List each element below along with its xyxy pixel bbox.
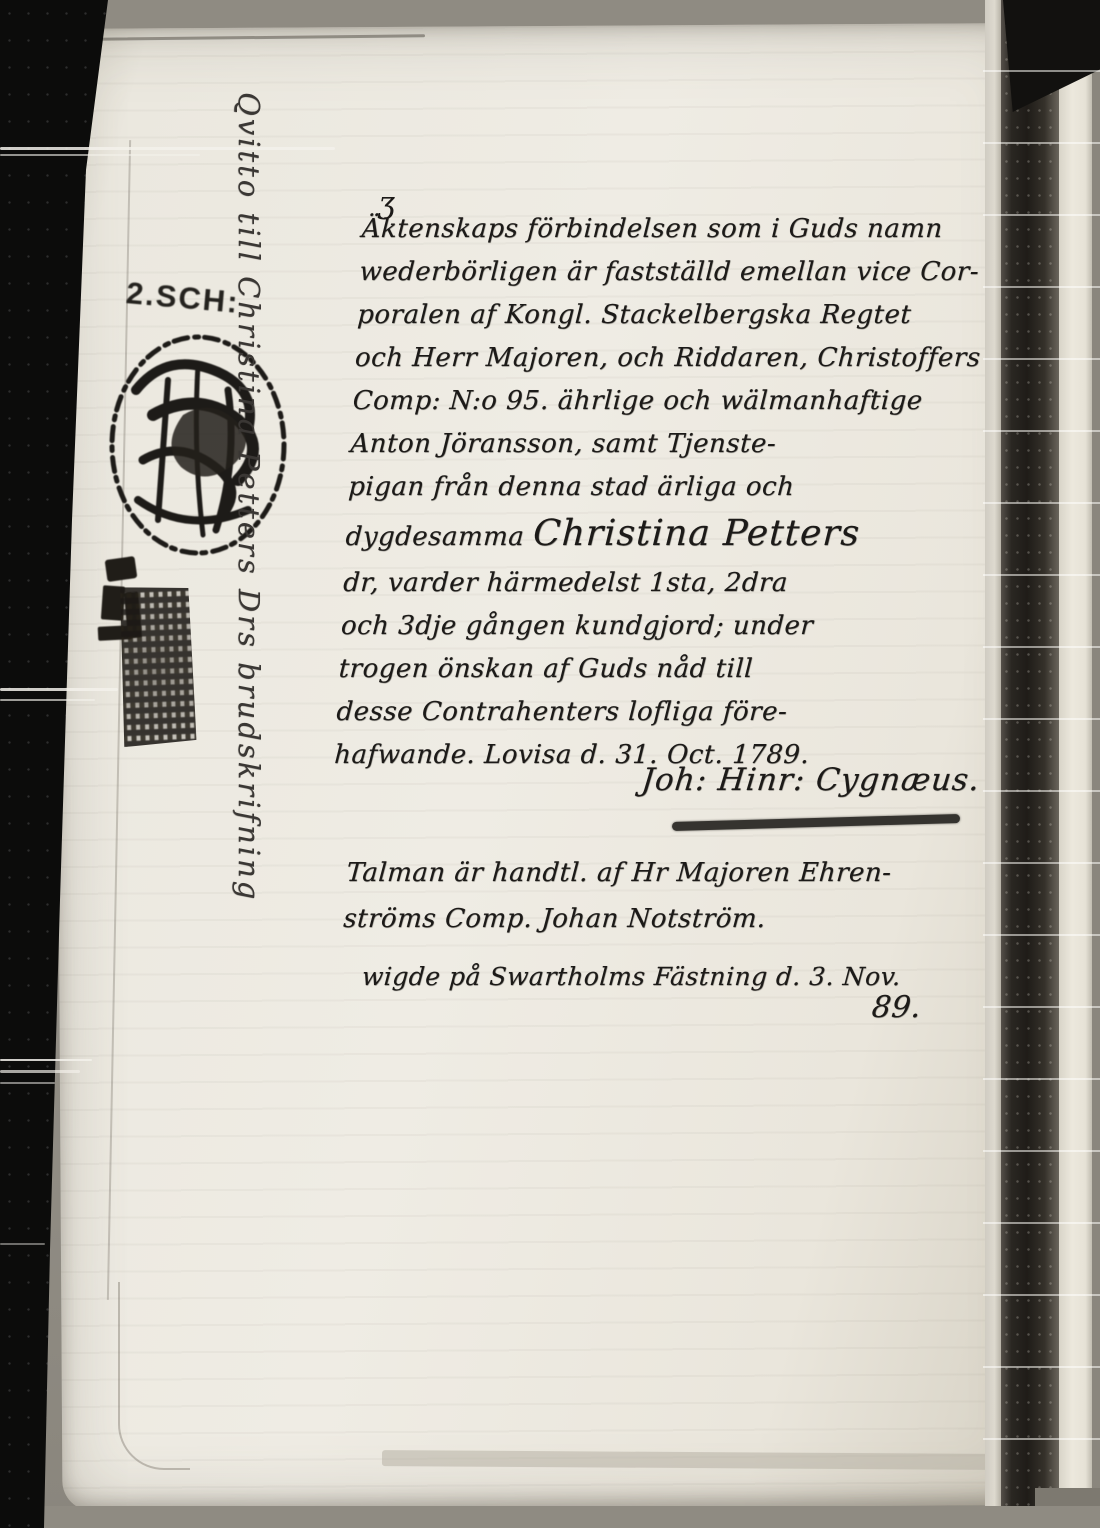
page-edge-stack-light: [1059, 0, 1092, 1528]
scan-bottom-edge: [0, 1506, 1100, 1528]
signature: Joh: Hinr: Cygnæus.: [418, 762, 982, 798]
manuscript-line: Comp: N:o 95. ährlige och wälmanhaftige: [352, 380, 1026, 423]
manuscript-line: poralen af Kongl. Stackelbergska Regtet: [356, 294, 1030, 337]
film-scratch: [0, 688, 118, 691]
manuscript-line: Äktenskaps förbindelsen som i Guds namn: [361, 208, 1035, 251]
manuscript-line: och Herr Majoren, och Riddaren, Christof…: [354, 337, 1028, 380]
film-scratch: [0, 1059, 92, 1061]
manuscript-line: dr, varder härmedelst 1sta, 2dra: [342, 562, 1016, 605]
film-scratch: [0, 1070, 80, 1073]
film-scratch: [0, 154, 200, 156]
manuscript-line: wederbörligen är fastställd emellan vice…: [358, 251, 1032, 294]
manuscript-line: Anton Jöransson, samt Tjenste-: [349, 423, 1023, 466]
archival-scan: 2.SCH: Qvitto till Christina Petters Drs…: [0, 0, 1100, 1528]
manuscript-word: dygdesamma: [345, 522, 534, 552]
margin-note: Qvitto till Christina Petters Drs brudsk…: [232, 92, 266, 1412]
illegible-block-stamp: [117, 585, 197, 747]
bride-name: Christina Petters: [532, 513, 861, 554]
manuscript-line: Talman är handtl. af Hr Majoren Ehren-: [345, 850, 1008, 896]
addendum-block: Talman är handtl. af Hr Majoren Ehren- s…: [342, 850, 1008, 942]
manuscript-line: ströms Comp. Johan Notström.: [342, 896, 1005, 942]
manuscript-line: och 3dje gången kundgjord; under: [340, 605, 1014, 648]
wedding-year: 89.: [870, 990, 923, 1025]
film-scratch: [0, 699, 95, 701]
manuscript-line: pigan från denna stad ärliga och: [347, 466, 1021, 509]
manuscript-line: desse Contrahenters lofliga före-: [335, 691, 1009, 734]
film-scratch: [0, 1243, 45, 1245]
main-text-block: Äktenskaps förbindelsen som i Guds namn …: [333, 208, 1035, 777]
film-scratch: [0, 1082, 55, 1084]
manuscript-line: dygdesamma Christina Petters: [344, 509, 1019, 562]
film-scratch: [0, 147, 335, 150]
seal-stamp-icon: [98, 320, 298, 570]
wedding-note: wigde på Swartholms Fästning d. 3. Nov.: [361, 962, 983, 991]
under-page-corner: [118, 1282, 190, 1470]
page-edge-stack-outer: [1092, 0, 1100, 1528]
manuscript-line: trogen önskan af Guds nåd till: [338, 648, 1012, 691]
